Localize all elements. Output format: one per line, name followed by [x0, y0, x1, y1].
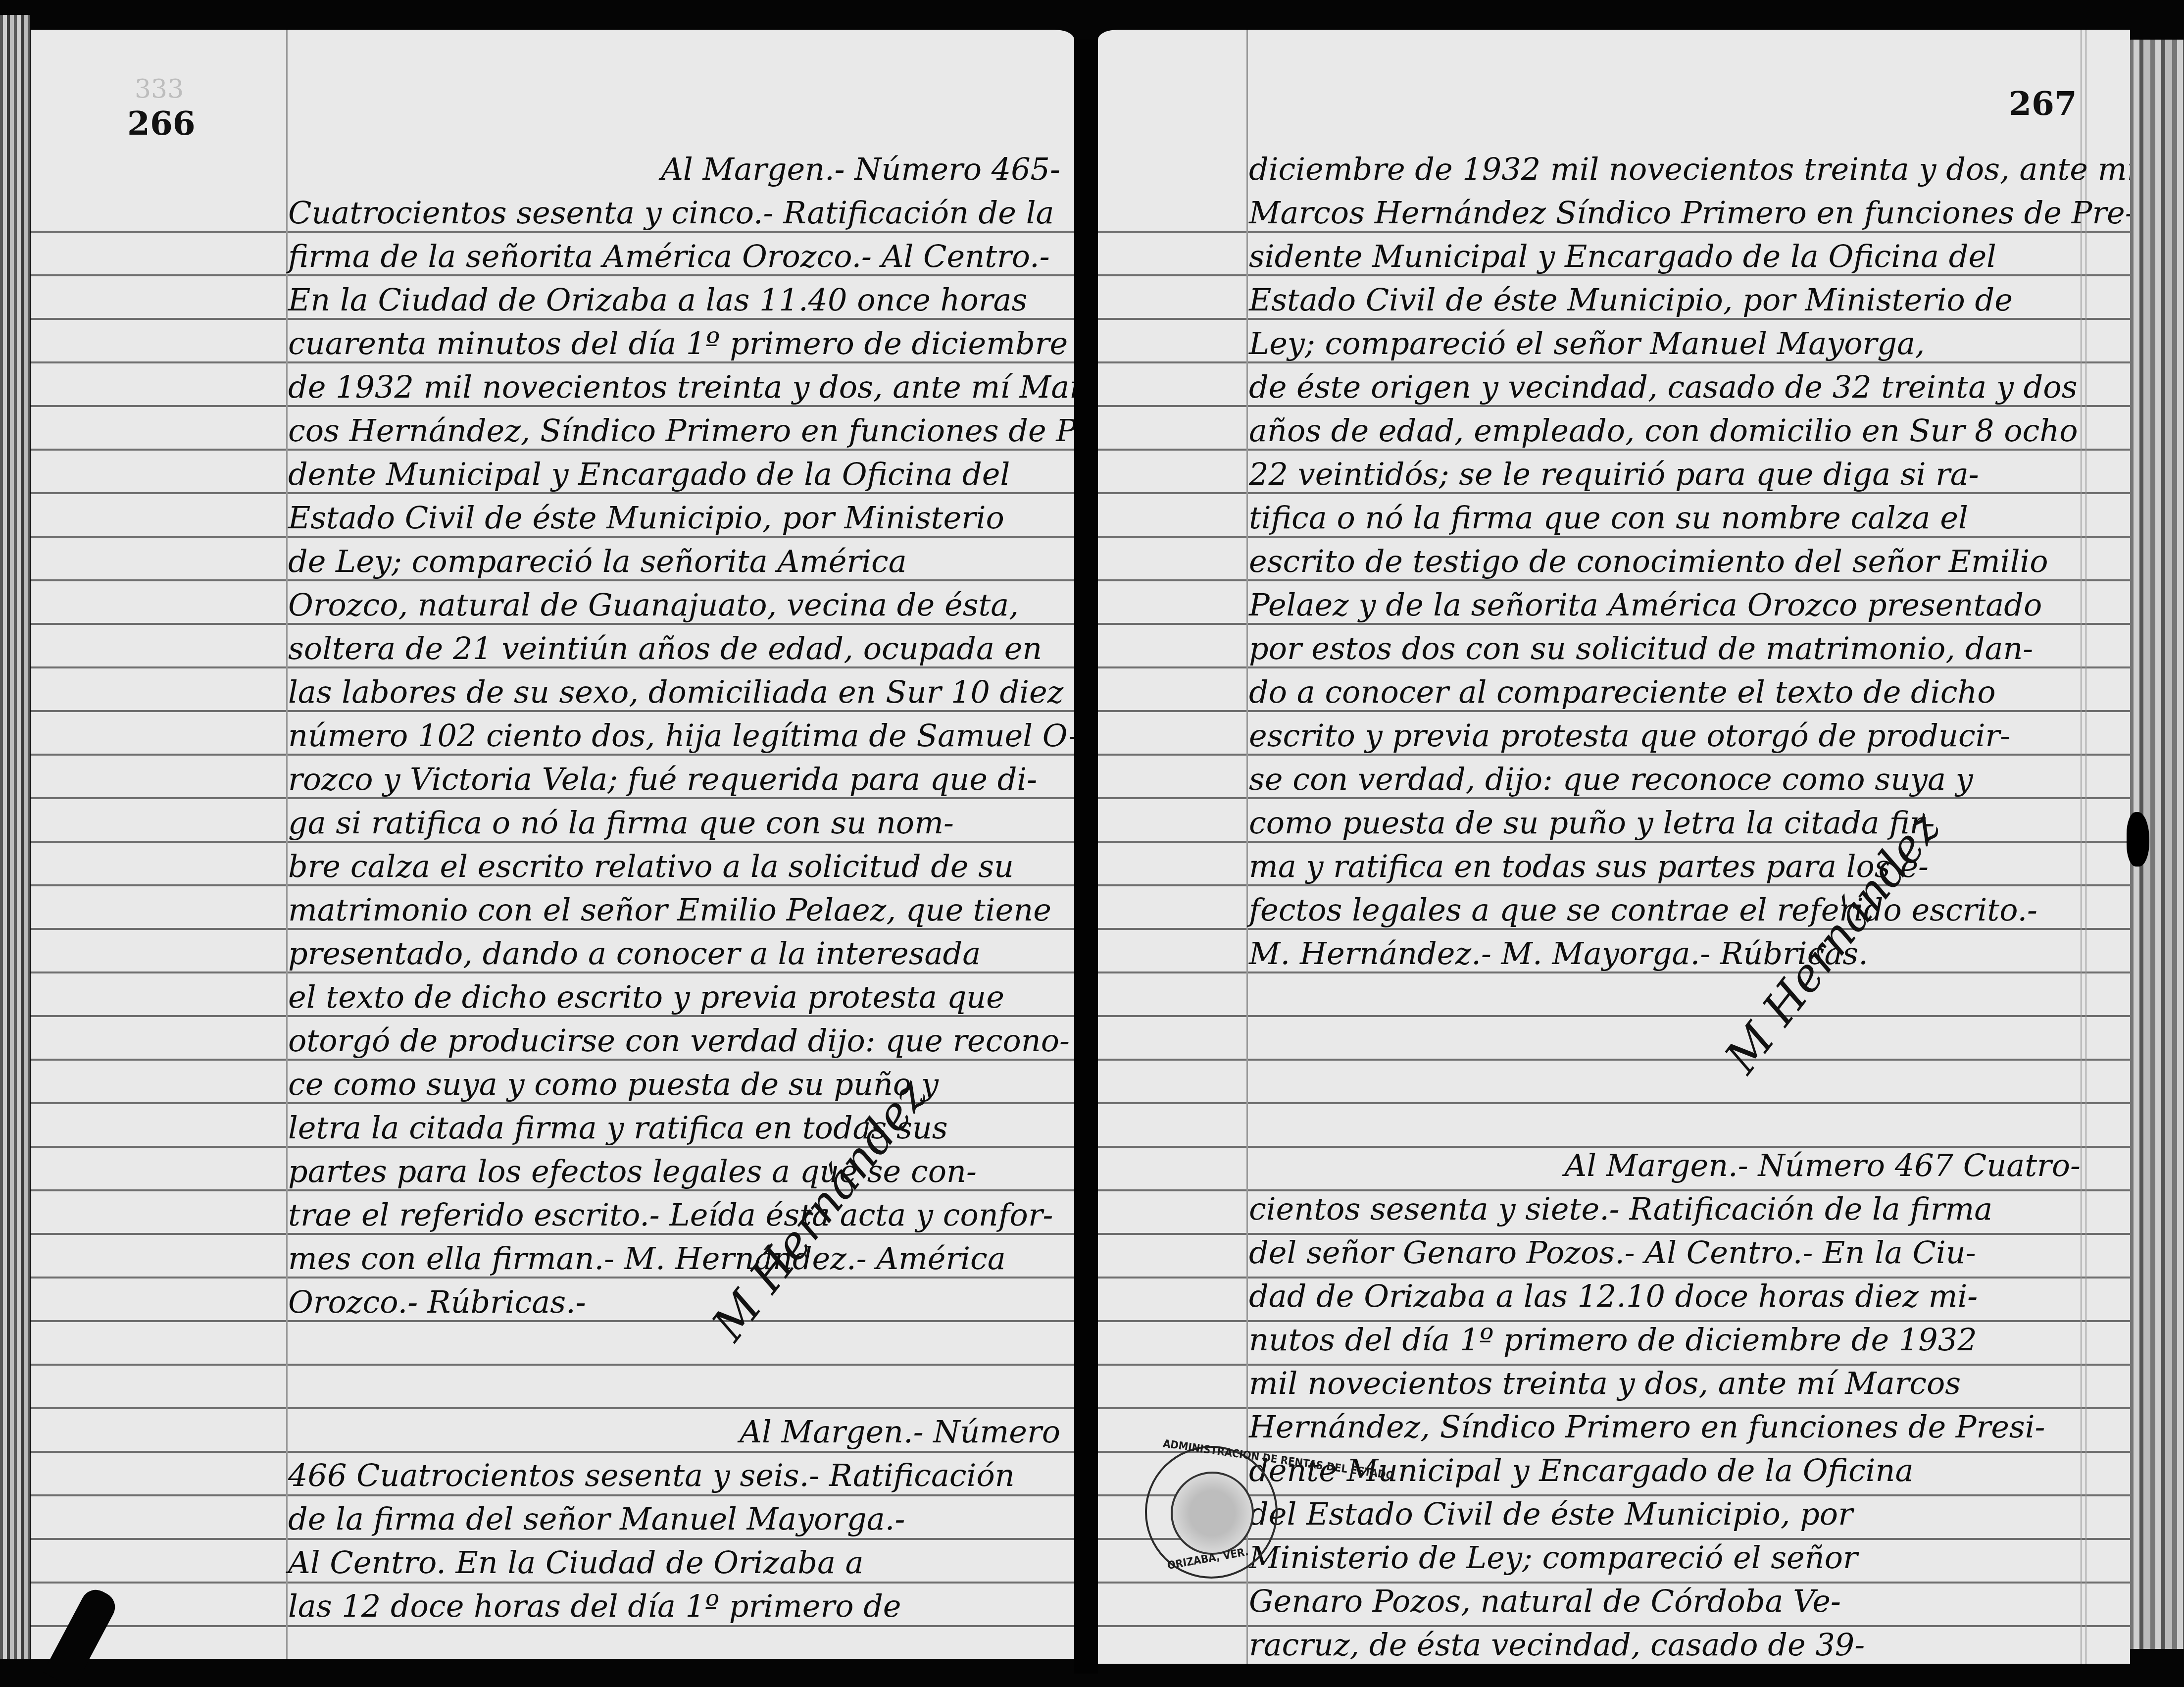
entry-line: firma de la señorita América Orozco.- Al…: [288, 235, 1060, 278]
entry-line: cientos sesenta y siete.- Ratificación d…: [1249, 1187, 2081, 1231]
entry-line: partes para los efectos legales a que se…: [288, 1150, 1060, 1193]
entry-line: 22 veintidós; se le requirió para que di…: [1249, 453, 2081, 496]
entry-line: Cuatrocientos sesenta y cinco.- Ratifica…: [288, 191, 1060, 235]
page-number: 266: [127, 104, 196, 143]
entry-467: Al Margen.- Número 467 Cuatro- cientos s…: [1249, 1144, 2081, 1664]
entry-line: escrito y previa protesta que otorgó de …: [1249, 714, 2081, 758]
entry-line: matrimonio con el señor Emilio Pelaez, q…: [288, 888, 1060, 932]
book-gutter: [1074, 40, 1098, 1674]
entry-line: ma y ratifica en todas sus partes para l…: [1249, 845, 2081, 888]
entry-line: mil novecientos treinta y dos, ante mí M…: [1249, 1362, 2081, 1405]
entry-line: diciembre de 1932 mil novecientos treint…: [1249, 148, 2081, 191]
left-page: 333 266 Al Margen.- Número 465- Cuatroci…: [31, 30, 1074, 1659]
entry-line: letra la citada firma y ratifica en toda…: [288, 1106, 1060, 1150]
entry-line: Ministerio de Ley; compareció el señor: [1249, 1536, 2081, 1580]
entry-line: el texto de dicho escrito y previa prote…: [288, 975, 1060, 1019]
entry-line: presentado, dando a conocer a la interes…: [288, 932, 1060, 975]
entry-heading: Al Margen.- Número 465-: [288, 148, 1060, 191]
entry-line: Estado Civil de éste Municipio, por Mini…: [1249, 278, 2081, 322]
entry-line: de 1932 mil novecientos treinta y dos, a…: [288, 365, 1060, 409]
entry-line: las 12 doce horas del día 1º primero de: [288, 1585, 1060, 1628]
entry-line: número 102 ciento dos, hija legítima de …: [288, 714, 1060, 758]
right-margin-rule: [2085, 30, 2086, 1664]
right-page: 267 diciembre de 1932 mil novecientos tr…: [1098, 30, 2130, 1664]
entry-line: las labores de su sexo, domiciliada en S…: [288, 670, 1060, 714]
entry-466-continued: diciembre de 1932 mil novecientos treint…: [1249, 148, 2081, 975]
entry-line: M. Hernández.- M. Mayorga.- Rúbricas.: [1249, 932, 2081, 975]
entry-line: Ley; compareció el señor Manuel Mayorga,: [1249, 322, 2081, 365]
entry-heading: Al Margen.- Número: [288, 1410, 1060, 1454]
entry-line: escrito de testigo de conocimiento del s…: [1249, 540, 2081, 583]
entry-line: mes con ella firman.- M. Hernández.- Amé…: [288, 1237, 1060, 1280]
entry-line: soltera de 21 veintiún años de edad, ocu…: [288, 627, 1060, 670]
page-number: 267: [2009, 84, 2077, 123]
entry-heading: Al Margen.- Número 467 Cuatro-: [1249, 1144, 2081, 1187]
entry-line: de la firma del señor Manuel Mayorga.-: [288, 1497, 1060, 1541]
entry-line: racruz, de ésta vecindad, casado de 39-: [1249, 1623, 2081, 1664]
entry-line: fectos legales a que se contrae el refer…: [1249, 888, 2081, 932]
entry-line: años de edad, empleado, con domicilio en…: [1249, 409, 2081, 453]
entry-line: sidente Municipal y Encargado de la Ofic…: [1249, 235, 2081, 278]
entry-line: En la Ciudad de Orizaba a las 11.40 once…: [288, 278, 1060, 322]
entry-line: Pelaez y de la señorita América Orozco p…: [1249, 583, 2081, 627]
coat-of-arms-emblem: [1171, 1472, 1254, 1555]
entry-line: cos Hernández, Síndico Primero en funcio…: [288, 409, 1060, 453]
ledger-book-spread: 333 266 Al Margen.- Número 465- Cuatroci…: [0, 0, 2184, 1687]
entry-465: Al Margen.- Número 465- Cuatrocientos se…: [288, 148, 1060, 1324]
entry-line: se con verdad, dijo: que reconoce como s…: [1249, 758, 2081, 801]
entry-line: trae el referido escrito.- Leída ésta ac…: [288, 1193, 1060, 1237]
faint-page-number: 333: [135, 74, 184, 104]
entry-line: del Estado Civil de éste Municipio, por: [1249, 1492, 2081, 1536]
entry-line: ce como suya y como puesta de su puño y: [288, 1063, 1060, 1106]
entry-line: del señor Genaro Pozos.- Al Centro.- En …: [1249, 1231, 2081, 1275]
entry-line: do a conocer al compareciente el texto d…: [1249, 670, 2081, 714]
entry-line: como puesta de su puño y letra la citada…: [1249, 801, 2081, 845]
entry-line: dente Municipal y Encargado de la Oficin…: [288, 453, 1060, 496]
entry-line: ga si ratifica o nó la firma que con su …: [288, 801, 1060, 845]
entry-line: dad de Orizaba a las 12.10 doce horas di…: [1249, 1275, 2081, 1318]
entry-line: bre calza el escrito relativo a la solic…: [288, 845, 1060, 888]
left-page-stack-edge: [0, 15, 30, 1659]
entry-line: 466 Cuatrocientos sesenta y seis.- Ratif…: [288, 1454, 1060, 1497]
ink-blot-mark: [2127, 812, 2149, 867]
entry-line: rozco y Victoria Vela; fué requerida par…: [288, 758, 1060, 801]
official-seal-stamp: ADMINISTRACION DE RENTAS DEL ESTADO ORIZ…: [1145, 1446, 1278, 1579]
entry-line: tifica o nó la firma que con su nombre c…: [1249, 496, 2081, 540]
margin-rule: [286, 30, 288, 1659]
entry-466: Al Margen.- Número 466 Cuatrocientos ses…: [288, 1410, 1060, 1628]
entry-line: por estos dos con su solicitud de matrim…: [1249, 627, 2081, 670]
right-margin-rule: [2081, 30, 2082, 1664]
entry-line: de éste origen y vecindad, casado de 32 …: [1249, 365, 2081, 409]
entry-line: Estado Civil de éste Municipio, por Mini…: [288, 496, 1060, 540]
entry-line: Orozco.- Rúbricas.-: [288, 1280, 1060, 1324]
entry-line: de Ley; compareció la señorita América: [288, 540, 1060, 583]
entry-line: Hernández, Síndico Primero en funciones …: [1249, 1405, 2081, 1449]
entry-line: Al Centro. En la Ciudad de Orizaba a: [288, 1541, 1060, 1585]
entry-line: nutos del día 1º primero de diciembre de…: [1249, 1318, 2081, 1362]
entry-line: Orozco, natural de Guanajuato, vecina de…: [288, 583, 1060, 627]
entry-line: cuarenta minutos del día 1º primero de d…: [288, 322, 1060, 365]
entry-line: Genaro Pozos, natural de Córdoba Ve-: [1249, 1580, 2081, 1623]
margin-rule: [1246, 30, 1248, 1664]
entry-line: Marcos Hernández Síndico Primero en func…: [1249, 191, 2081, 235]
entry-line: otorgó de producirse con verdad dijo: qu…: [288, 1019, 1060, 1063]
